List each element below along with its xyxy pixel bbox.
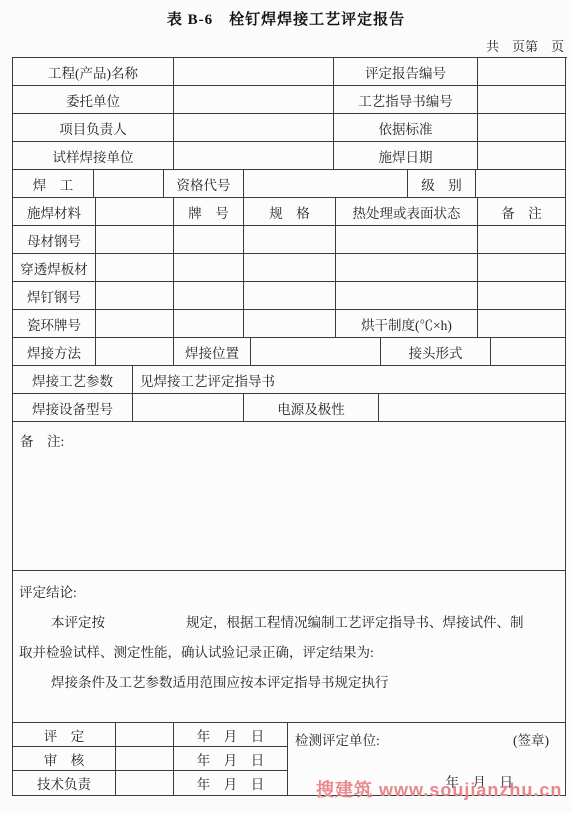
specimen-unit-value — [174, 142, 334, 170]
report-page: 表 B-6 栓钉焊焊接工艺评定报告 共 页第 页 工程(产品)名称 评定报告编号… — [0, 0, 572, 813]
base-metal-cell-1 — [96, 226, 174, 254]
weld-method-value — [96, 338, 174, 366]
wps-no-value — [478, 86, 566, 114]
stud-steel-spec — [244, 282, 336, 310]
equipment-model-label: 焊接设备型号 — [13, 394, 133, 422]
joint-type-label: 接头形式 — [381, 338, 491, 366]
project-name-label: 工程(产品)名称 — [13, 58, 174, 86]
project-name-value — [174, 58, 334, 86]
ceramic-ring-cell-3 — [244, 310, 336, 338]
base-metal-brand — [174, 226, 244, 254]
remarks-cell: 备 注: — [13, 422, 566, 571]
through-plate-brand — [174, 254, 244, 282]
brand-col-header: 牌 号 — [174, 198, 244, 226]
reviewer-signature — [116, 747, 174, 771]
stud-steel-brand — [174, 282, 244, 310]
ceramic-ring-label: 瓷环牌号 — [13, 310, 96, 338]
ceramic-ring-value — [96, 310, 174, 338]
drying-regime-value — [478, 310, 566, 338]
weld-method-label: 焊接方法 — [13, 338, 96, 366]
materials-label: 施焊材料 — [13, 198, 96, 226]
stud-steel-cell-1 — [96, 282, 174, 310]
seal-label: (签章) — [513, 729, 549, 749]
wps-no-label: 工艺指导书编号 — [334, 86, 478, 114]
conclusion-cell: 评定结论: 本评定按 规定，根据工程情况编制工艺评定指导书、焊接试件、制 取并检… — [13, 571, 566, 723]
base-metal-note — [478, 226, 566, 254]
qualification-code-label: 资格代号 — [164, 170, 244, 198]
info-row-project: 工程(产品)名称 评定报告编号 — [13, 58, 566, 86]
page-title: 表 B-6 栓钉焊焊接工艺评定报告 — [0, 8, 572, 29]
report-no-label: 评定报告编号 — [334, 58, 478, 86]
grade-value — [476, 170, 566, 198]
assessor-row: 评 定 年 月 日 — [13, 723, 288, 747]
weld-position-label: 焊接位置 — [174, 338, 251, 366]
through-plate-cell-1 — [96, 254, 174, 282]
info-row-manager: 项目负责人 依据标准 — [13, 114, 566, 142]
materials-header-row: 施焊材料 牌 号 规 格 热处理或表面状态 备 注 — [13, 198, 566, 226]
conclusion-title: 评定结论: — [19, 583, 559, 603]
base-metal-label: 母材钢号 — [13, 226, 96, 254]
assessor-signature — [116, 723, 174, 747]
welder-label: 焊 工 — [13, 170, 94, 198]
through-plate-label: 穿透焊板材 — [13, 254, 96, 282]
weld-date-value — [478, 142, 566, 170]
signoff-rows: 评 定 年 月 日 审 核 年 月 日 技术负责 年 月 日 — [13, 723, 288, 796]
tech-lead-signature — [116, 771, 174, 796]
power-polarity-label: 电源及极性 — [244, 394, 379, 422]
client-value — [174, 86, 334, 114]
reviewer-row: 审 核 年 月 日 — [13, 747, 288, 771]
specimen-unit-label: 试样焊接单位 — [13, 142, 174, 170]
stud-steel-note — [478, 282, 566, 310]
welder-row: 焊 工 资格代号 级 别 — [13, 170, 566, 198]
standard-value — [478, 114, 566, 142]
materials-blank — [96, 198, 174, 226]
base-metal-heat — [336, 226, 478, 254]
remarks-label: 备 注: — [20, 434, 64, 449]
equipment-row: 焊接设备型号 电源及极性 — [13, 394, 566, 422]
weld-params-row: 焊接工艺参数 见焊接工艺评定指导书 — [13, 366, 566, 394]
conclusion-line-2: 取并检验试样、测定性能，确认试验记录正确，评定结果为: — [19, 643, 559, 663]
reviewer-label: 审 核 — [13, 747, 116, 771]
note-col-header: 备 注 — [478, 198, 566, 226]
through-plate-spec — [244, 254, 336, 282]
project-manager-value — [174, 114, 334, 142]
conclusion-line-3: 焊接条件及工艺参数适用范围应按本评定指导书规定执行 — [51, 673, 559, 693]
info-row-weld-unit: 试样焊接单位 施焊日期 — [13, 142, 566, 170]
site-watermark: 搜建筑 www.soujianzhu.cn — [316, 776, 562, 802]
tech-lead-label: 技术负责 — [13, 771, 116, 796]
weld-params-label: 焊接工艺参数 — [13, 366, 133, 394]
project-manager-label: 项目负责人 — [13, 114, 174, 142]
ceramic-ring-cell-2 — [174, 310, 244, 338]
joint-type-value — [491, 338, 566, 366]
assessor-label: 评 定 — [13, 723, 116, 747]
drying-regime-label: 烘干制度(℃×h) — [336, 310, 478, 338]
reviewer-date: 年 月 日 — [174, 747, 288, 771]
base-metal-row: 母材钢号 — [13, 226, 566, 254]
conclusion-line-1: 本评定按 规定，根据工程情况编制工艺评定指导书、焊接试件、制 — [51, 613, 559, 633]
report-no-value — [478, 58, 566, 86]
equipment-model-value — [133, 394, 244, 422]
through-plate-heat — [336, 254, 478, 282]
tech-lead-row: 技术负责 年 月 日 — [13, 771, 288, 796]
client-label: 委托单位 — [13, 86, 174, 114]
spec-col-header: 规 格 — [244, 198, 336, 226]
qualification-code-value — [244, 170, 408, 198]
grade-label: 级 别 — [408, 170, 476, 198]
info-row-client: 委托单位 工艺指导书编号 — [13, 86, 566, 114]
tech-lead-date: 年 月 日 — [174, 771, 288, 796]
through-plate-row: 穿透焊板材 — [13, 254, 566, 282]
ceramic-ring-row: 瓷环牌号 烘干制度(℃×h) — [13, 310, 566, 338]
heat-treatment-col-header: 热处理或表面状态 — [336, 198, 478, 226]
through-plate-note — [478, 254, 566, 282]
weld-date-label: 施焊日期 — [334, 142, 478, 170]
assessor-date: 年 月 日 — [174, 723, 288, 747]
weld-position-value — [251, 338, 381, 366]
welder-value — [94, 170, 164, 198]
standard-label: 依据标准 — [334, 114, 478, 142]
weld-params-value: 见焊接工艺评定指导书 — [133, 366, 566, 394]
page-count: 共 页第 页 — [486, 36, 564, 55]
base-metal-spec — [244, 226, 336, 254]
stud-steel-row: 焊钉钢号 — [13, 282, 566, 310]
testing-unit-label: 检测评定单位: — [295, 729, 380, 749]
report-table: 工程(产品)名称 评定报告编号 委托单位 工艺指导书编号 项目负责人 依据标准 … — [12, 57, 567, 796]
power-polarity-value — [379, 394, 566, 422]
weld-method-row: 焊接方法 焊接位置 接头形式 — [13, 338, 566, 366]
stud-steel-heat — [336, 282, 478, 310]
stud-steel-label: 焊钉钢号 — [13, 282, 96, 310]
